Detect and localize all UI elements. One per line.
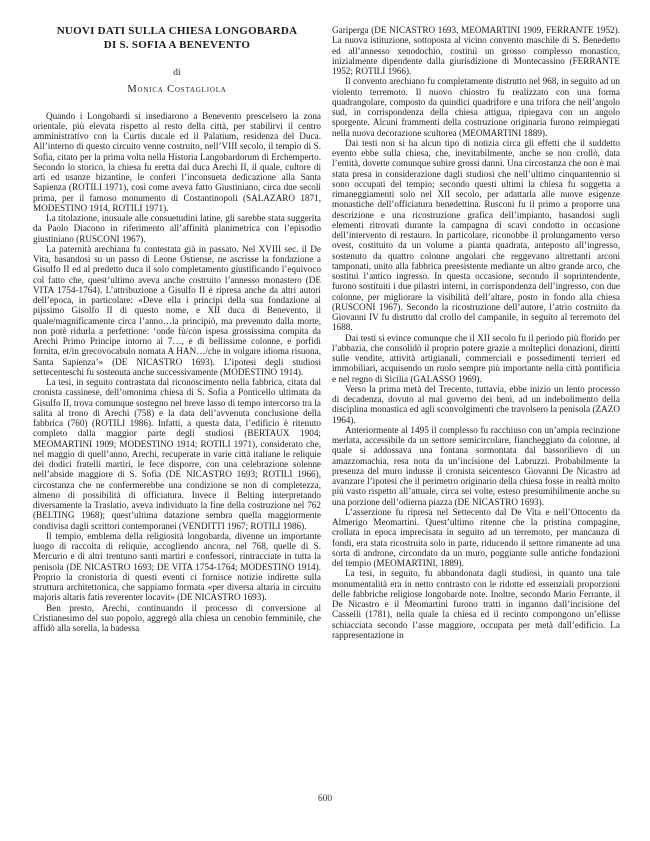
left-paragraph-5: Il tempio, emblema della religiosità lon… — [33, 531, 321, 603]
right-paragraph-7: L’asserzione fu ripresa nel Settecento d… — [332, 507, 620, 569]
right-paragraph-6: Anteriormente al 1495 il complesso fu ra… — [332, 425, 620, 507]
author-name: Monica Costagliola — [33, 85, 321, 95]
right-paragraph-8: La tesi, in seguito, fu abbandonata dagl… — [332, 568, 620, 640]
left-paragraph-3: La paternità arechiana fu contestata già… — [33, 244, 321, 377]
left-column: NUOVI DATI SULLA CHIESA LONGOBARDA DI S.… — [33, 25, 321, 640]
right-paragraph-4: Dai testi si evince comunque che il XII … — [332, 333, 620, 384]
right-paragraph-1: Gariperga (DE NICASTRO 1693, MEOMARTINI … — [332, 25, 620, 76]
right-paragraph-2: Il convento arechiano fu completamente d… — [332, 76, 620, 138]
right-paragraph-3: Dai testi non si ha alcun tipo di notizi… — [332, 138, 620, 333]
page-number: 600 — [0, 794, 650, 804]
two-column-layout: NUOVI DATI SULLA CHIESA LONGOBARDA DI S.… — [33, 25, 620, 640]
document-page: NUOVI DATI SULLA CHIESA LONGOBARDA DI S.… — [0, 0, 650, 841]
left-paragraph-4: La tesi, in seguito contrastata dal rico… — [33, 377, 321, 531]
right-column: Gariperga (DE NICASTRO 1693, MEOMARTINI … — [332, 25, 620, 640]
title-block: NUOVI DATI SULLA CHIESA LONGOBARDA DI S.… — [33, 25, 321, 96]
byline-prefix: di — [33, 68, 321, 78]
left-paragraph-1: Quando i Longobardi si insediarono a Ben… — [33, 111, 321, 214]
left-paragraph-6: Ben presto, Arechi, continuando il proce… — [33, 603, 321, 634]
page-title: NUOVI DATI SULLA CHIESA LONGOBARDA DI S.… — [33, 25, 321, 52]
right-paragraph-5: Verso la prima metà del Trecento, tuttav… — [332, 384, 620, 425]
left-paragraph-2: La titolazione, inusuale alle consuetudi… — [33, 213, 321, 244]
title-line-2: DI S. SOFIA A BENEVENTO — [104, 39, 250, 51]
title-line-1: NUOVI DATI SULLA CHIESA LONGOBARDA — [57, 25, 298, 37]
